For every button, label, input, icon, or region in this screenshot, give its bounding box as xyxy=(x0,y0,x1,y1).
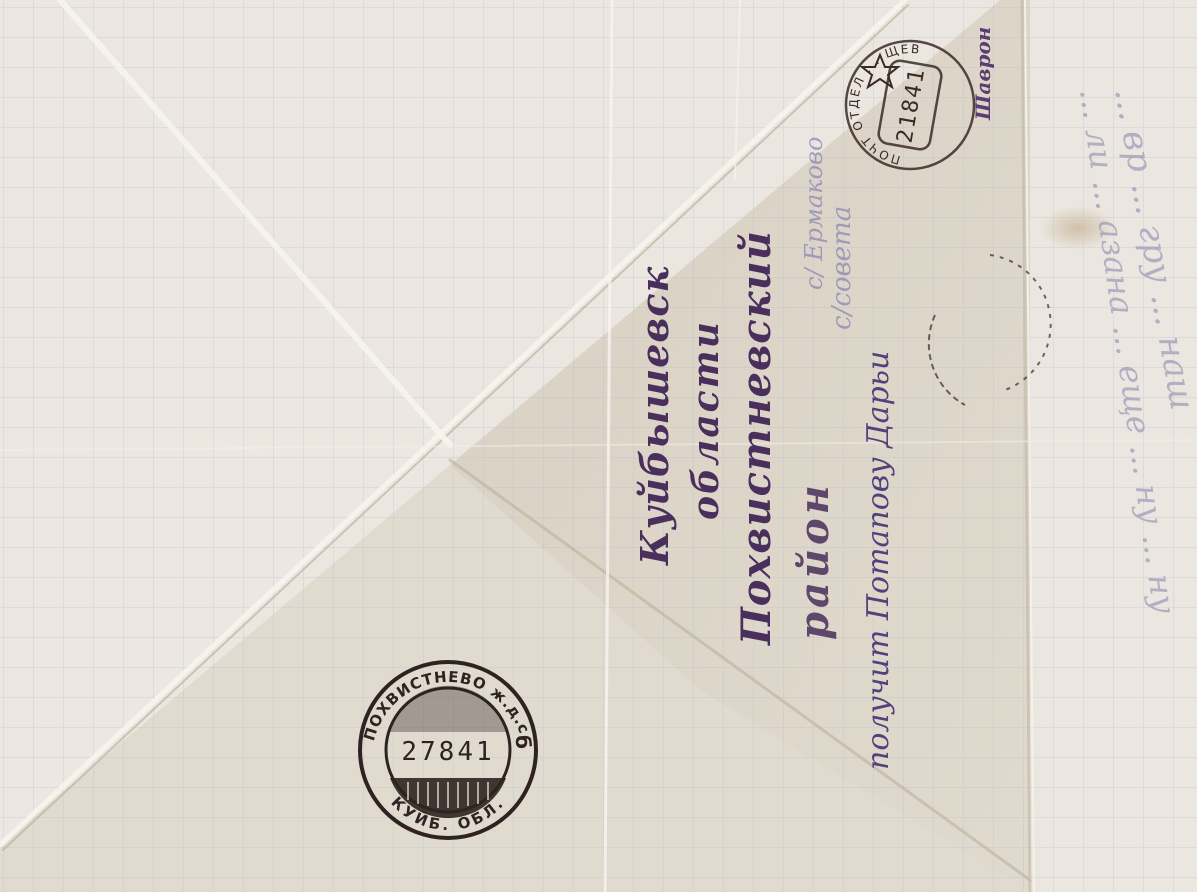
postmark-bottom: 27841 ПОХВИСТНЕВО ж.д.с. КУЙБ. ОБЛ. б xyxy=(360,662,536,838)
address-line-2: области xyxy=(685,320,727,520)
address-line-1: Куйбышевск xyxy=(632,266,677,566)
address-line-3: Похвистневский xyxy=(733,230,780,646)
postmark-bottom-letter: б xyxy=(511,735,535,749)
sender-note: Шаврон xyxy=(971,27,995,121)
faint-note-1: с/совета xyxy=(827,206,857,330)
address-line-5: получит Потапову Дарьи xyxy=(861,351,896,770)
address-line-4: район xyxy=(791,481,838,640)
postmark-bottom-date: 27841 xyxy=(401,737,494,767)
folded-letter-scan: 21841 ПОЧТ ОТДЕЛ ... ЩЕВ 27841 ПОХВИСТНЕ… xyxy=(0,0,1197,892)
faint-note-2: с/ Ермаково xyxy=(800,137,828,290)
